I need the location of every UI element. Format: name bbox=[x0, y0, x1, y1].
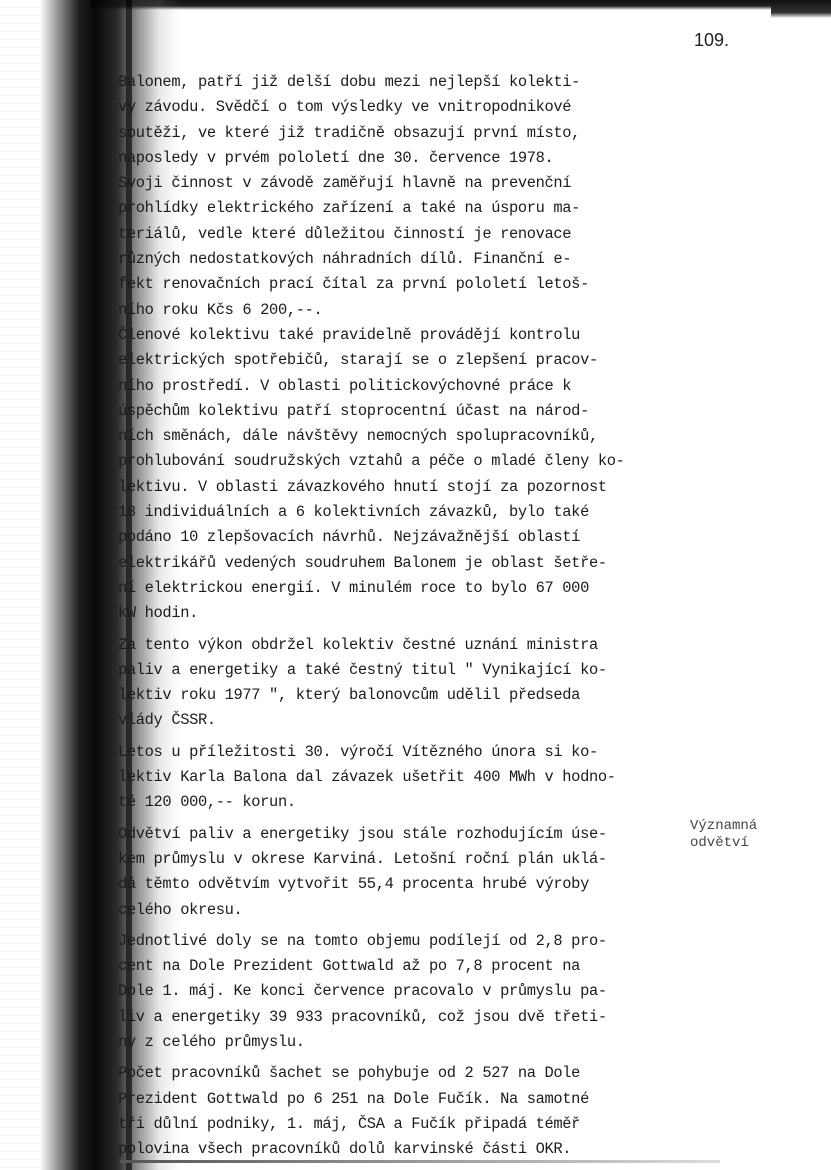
text-line: elektrikářů vedených soudruhem Balonem j… bbox=[118, 551, 698, 576]
text-line: lektiv Karla Balona dal závazek ušetřit … bbox=[118, 765, 698, 790]
paragraph: Odvětví paliv a energetiky jsou stále ro… bbox=[118, 822, 698, 923]
text-line: paliv a energetiky a také čestný titul "… bbox=[118, 658, 698, 683]
text-line: Počet pracovníků šachet se pohybuje od 2… bbox=[118, 1061, 698, 1086]
text-line: Letos u příležitosti 30. výročí Vítěznéh… bbox=[118, 740, 698, 765]
margin-note-line: odvětví bbox=[690, 835, 749, 851]
text-line: vy závodu. Svědčí o tom výsledky ve vnit… bbox=[118, 95, 698, 120]
text-line: Svoji činnost v závodě zaměřují hlavně n… bbox=[118, 171, 698, 196]
text-line: ní elektrickou energií. V minulém roce t… bbox=[118, 576, 698, 601]
text-line: Prezident Gottwald po 6 251 na Dole Fučí… bbox=[118, 1087, 698, 1112]
scan-top-shadow bbox=[90, 0, 831, 10]
text-line: ního roku Kčs 6 200,--. bbox=[118, 298, 698, 323]
scan-top-right-shadow bbox=[771, 0, 831, 18]
text-line: tě 120 000,-- korun. bbox=[118, 790, 698, 815]
text-line: ních směnách, dále návštěvy nemocných sp… bbox=[118, 424, 698, 449]
document-body: Balonem, patří již delší dobu mezi nejle… bbox=[118, 70, 698, 1162]
text-line: Balonem, patří již delší dobu mezi nejle… bbox=[118, 70, 698, 95]
text-line: podáno 10 zlepšovacích návrhů. Nejzávažn… bbox=[118, 525, 698, 550]
text-line: lektiv roku 1977 ", který balonovcům udě… bbox=[118, 683, 698, 708]
margin-note-line: Významná bbox=[690, 818, 757, 834]
text-line: různých nedostatkových náhradních dílů. … bbox=[118, 247, 698, 272]
text-line: elektrických spotřebičů, starají se o zl… bbox=[118, 348, 698, 373]
text-line: kem průmyslu v okrese Karviná. Letošní r… bbox=[118, 847, 698, 872]
text-line: Dole 1. máj. Ke konci července pracovalo… bbox=[118, 979, 698, 1004]
text-line: ny z celého průmyslu. bbox=[118, 1030, 698, 1055]
text-line: fekt renovačních prací čítal za první po… bbox=[118, 272, 698, 297]
text-line: 18 individuálních a 6 kolektivních závaz… bbox=[118, 500, 698, 525]
text-line: teriálů, vedle které důležitou činností … bbox=[118, 222, 698, 247]
page-bottom-edge bbox=[120, 1160, 720, 1163]
margin-note: Významná odvětví bbox=[690, 818, 757, 852]
paragraph: Počet pracovníků šachet se pohybuje od 2… bbox=[118, 1061, 698, 1162]
text-line: celého okresu. bbox=[118, 898, 698, 923]
paragraph: Letos u příležitosti 30. výročí Vítěznéh… bbox=[118, 740, 698, 816]
text-line: naposledy v prvém pololetí dne 30. červe… bbox=[118, 146, 698, 171]
scan-left-margin bbox=[0, 0, 45, 1170]
text-line: tři důlní podniky, 1. máj, ČSA a Fučík p… bbox=[118, 1112, 698, 1137]
text-line: dá těmto odvětvím vytvořit 55,4 procenta… bbox=[118, 872, 698, 897]
text-line: kW hodin. bbox=[118, 601, 698, 626]
text-line: soutěži, ve které již tradičně obsazují … bbox=[118, 121, 698, 146]
text-line: prohlídky elektrického zařízení a také n… bbox=[118, 196, 698, 221]
text-line: liv a energetiky 39 933 pracovníků, což … bbox=[118, 1005, 698, 1030]
text-line: vlády ČSSR. bbox=[118, 708, 698, 733]
paragraph: Balonem, patří již delší dobu mezi nejle… bbox=[118, 70, 698, 323]
text-line: polovina všech pracovníků dolů karvinské… bbox=[118, 1137, 698, 1162]
paragraph: Členové kolektivu také pravidelně provád… bbox=[118, 323, 698, 627]
text-line: lektivu. V oblasti závazkového hnutí sto… bbox=[118, 475, 698, 500]
paragraph: Za tento výkon obdržel kolektiv čestné u… bbox=[118, 633, 698, 734]
text-line: prohlubování soudružských vztahů a péče … bbox=[118, 449, 698, 474]
text-line: Členové kolektivu také pravidelně provád… bbox=[118, 323, 698, 348]
paragraph: Jednotlivé doly se na tomto objemu podíl… bbox=[118, 929, 698, 1055]
text-line: Jednotlivé doly se na tomto objemu podíl… bbox=[118, 929, 698, 954]
text-line: úspěchům kolektivu patří stoprocentní úč… bbox=[118, 399, 698, 424]
text-line: cent na Dole Prezident Gottwald až po 7,… bbox=[118, 954, 698, 979]
text-line: ního prostředí. V oblasti politickovýcho… bbox=[118, 374, 698, 399]
text-line: Za tento výkon obdržel kolektiv čestné u… bbox=[118, 633, 698, 658]
text-line: Odvětví paliv a energetiky jsou stále ro… bbox=[118, 822, 698, 847]
page-number: 109. bbox=[694, 30, 729, 51]
